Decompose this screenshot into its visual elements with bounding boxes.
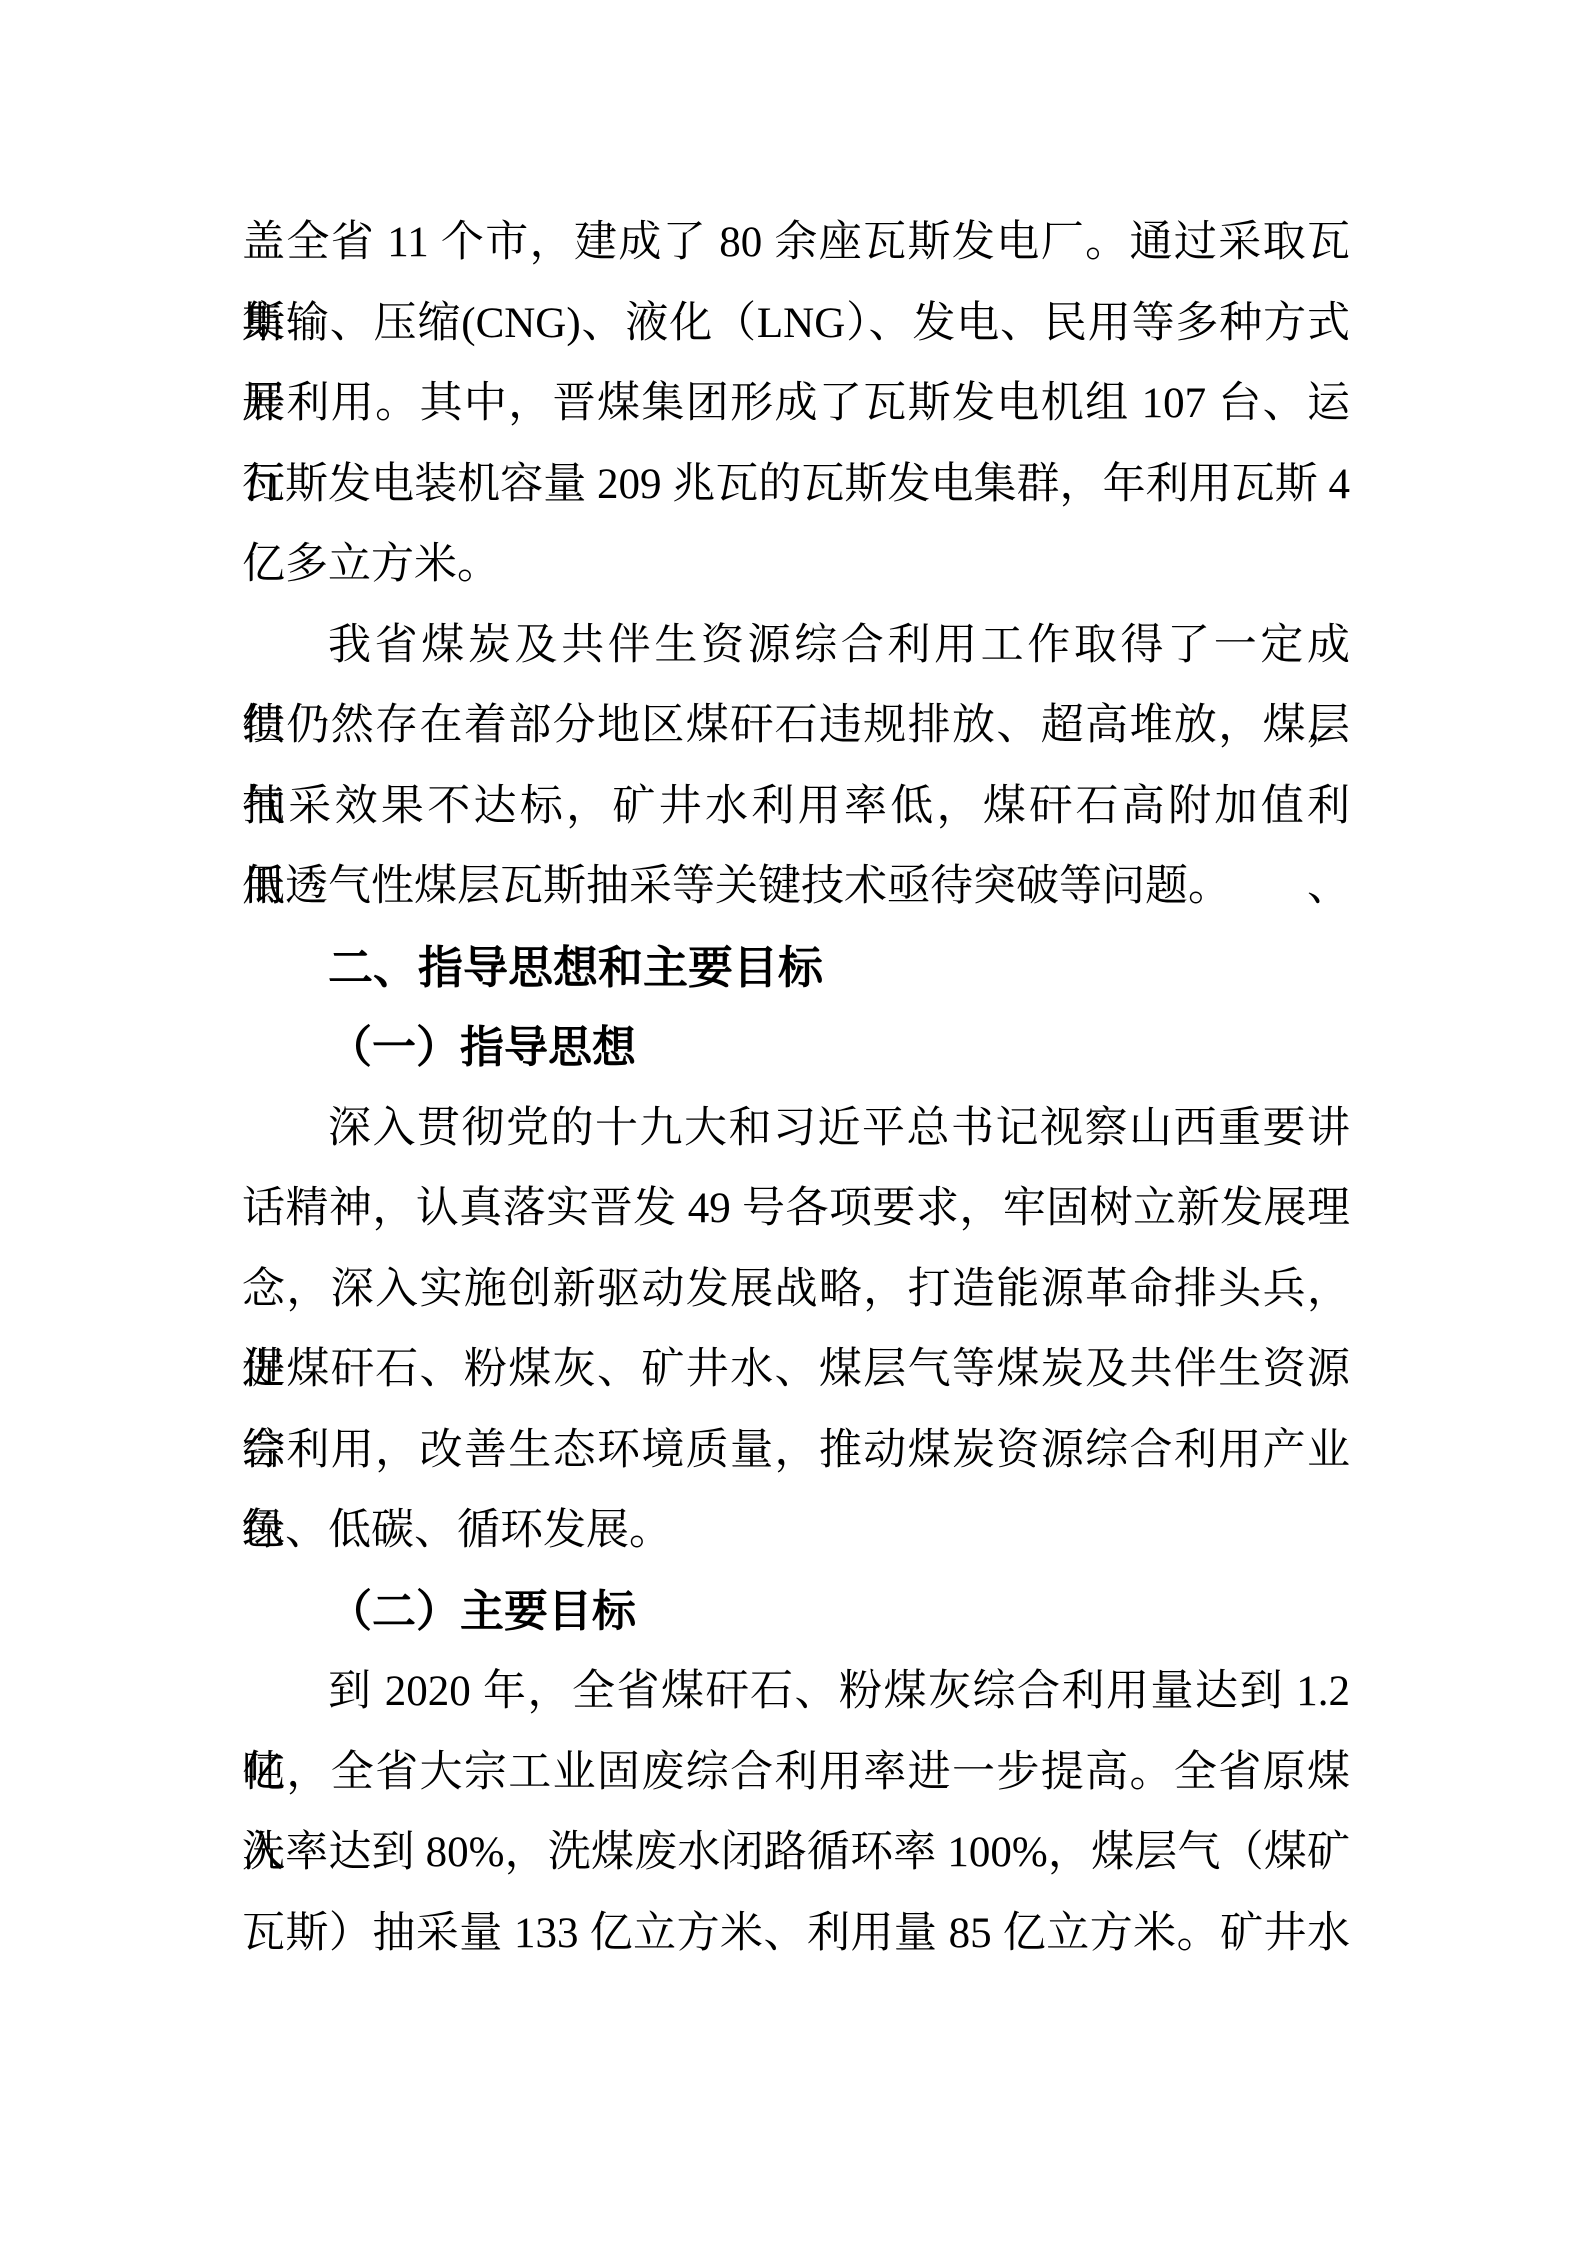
body-text-line: 盖全省 11 个市，建成了 80 余座瓦斯发电厂。通过采取瓦斯: [242, 203, 1350, 284]
body-text-line: 深入贯彻党的十九大和习近平总书记视察山西重要讲: [242, 1089, 1350, 1170]
body-text-line: 进煤矸石、粉煤灰、矿井水、煤层气等煤炭及共伴生资源综: [242, 1330, 1350, 1411]
text-column: 盖全省 11 个市，建成了 80 余座瓦斯发电厂。通过采取瓦斯集输、压缩(CNG…: [242, 203, 1350, 1974]
body-text-line: 展利用。其中，晋煤集团形成了瓦斯发电机组 107 台、运行: [242, 364, 1350, 445]
body-text-line: 瓦斯发电装机容量 209 兆瓦的瓦斯发电集群，年利用瓦斯 4: [242, 445, 1350, 526]
body-text-line: 瓦斯）抽采量 133 亿立方米、利用量 85 亿立方米。矿井水: [242, 1894, 1350, 1975]
body-text-line: 亿多立方米。: [242, 525, 1350, 606]
body-text-line: 我省煤炭及共伴生资源综合利用工作取得了一定成绩，: [242, 606, 1350, 687]
body-text-line: 抽采效果不达标，矿井水利用率低，煤矸石高附加值利用、: [242, 767, 1350, 848]
section-heading: 二、指导思想和主要目标: [242, 928, 1350, 1009]
body-text-line: 色、低碳、循环发展。: [242, 1491, 1350, 1572]
body-text-line: 念，深入实施创新驱动发展战略，打造能源革命排头兵，促: [242, 1250, 1350, 1331]
body-text-line: 但仍然存在着部分地区煤矸石违规排放、超高堆放，煤层气: [242, 686, 1350, 767]
subsection-heading: （二）主要目标: [242, 1572, 1350, 1653]
body-text-line: 吨，全省大宗工业固废综合利用率进一步提高。全省原煤入: [242, 1733, 1350, 1814]
body-text-line: 合利用，改善生态环境质量，推动煤炭资源综合利用产业绿: [242, 1411, 1350, 1492]
body-text-line: 话精神，认真落实晋发 49 号各项要求，牢固树立新发展理: [242, 1169, 1350, 1250]
body-text-line: 到 2020 年，全省煤矸石、粉煤灰综合利用量达到 1.2 亿: [242, 1652, 1350, 1733]
body-text-line: 低透气性煤层瓦斯抽采等关键技术亟待突破等问题。: [242, 847, 1350, 928]
body-text-line: 洗率达到 80%，洗煤废水闭路循环率 100%，煤层气（煤矿: [242, 1813, 1350, 1894]
body-text-line: 集输、压缩(CNG)、液化（LNG）、发电、民用等多种方式开: [242, 284, 1350, 365]
document-page: 盖全省 11 个市，建成了 80 余座瓦斯发电厂。通过采取瓦斯集输、压缩(CNG…: [0, 0, 1587, 2245]
subsection-heading: （一）指导思想: [242, 1008, 1350, 1089]
